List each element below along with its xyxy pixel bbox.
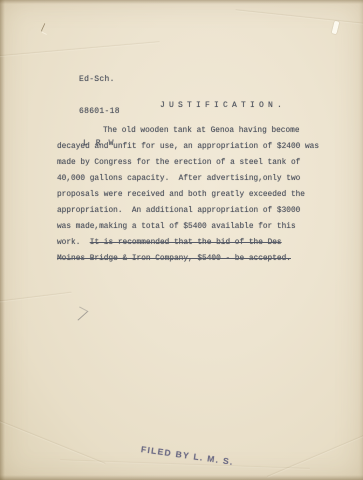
paper-crease — [60, 459, 310, 471]
paper-crease — [267, 425, 363, 479]
paper-crease — [0, 291, 72, 304]
body-line: decayed and unfit for use, an appropriat… — [57, 139, 325, 155]
body-line: appropriation. An additional appropriati… — [57, 203, 325, 219]
paper-crease — [235, 9, 363, 27]
body-line: work. It is recommended that the bid of … — [57, 235, 325, 251]
body-line: 40,000 gallons capacity. After advertisi… — [57, 171, 325, 187]
body-line: proposals were received and both greatly… — [57, 187, 325, 203]
body-line: was made,making a total of $5400 availab… — [57, 219, 325, 235]
file-header-number: 68601-18 — [79, 107, 120, 118]
paper-flaw-speck — [332, 21, 340, 35]
body-text: work. — [57, 239, 90, 247]
body-line: The old wooden tank at Genoa having beco… — [57, 123, 325, 139]
struck-text: It is recommended that the bid of the De… — [90, 239, 282, 247]
body-line: Moines Bridge & Iron Company, $5400 - be… — [57, 251, 325, 267]
pencil-mark — [69, 307, 88, 321]
paper-edge-shadow-top — [0, 0, 363, 4]
body-paragraph: The old wooden tank at Genoa having beco… — [57, 123, 325, 267]
paper-crease-mark — [40, 23, 51, 35]
document-title: JUSTIFICATION. — [160, 101, 286, 110]
struck-text: Moines Bridge & Iron Company, $5400 - be… — [57, 255, 291, 263]
file-header-code: Ed-Sch. — [79, 75, 120, 86]
paper-sheet: Ed-Sch. 68601-18 L R W JUSTIFICATION. Th… — [0, 0, 363, 480]
paper-crease — [0, 414, 106, 465]
paper-edge-shadow-bottom — [0, 475, 363, 480]
paper-edge-shadow-left — [0, 0, 5, 480]
body-line: made by Congress for the erection of a s… — [57, 155, 325, 171]
